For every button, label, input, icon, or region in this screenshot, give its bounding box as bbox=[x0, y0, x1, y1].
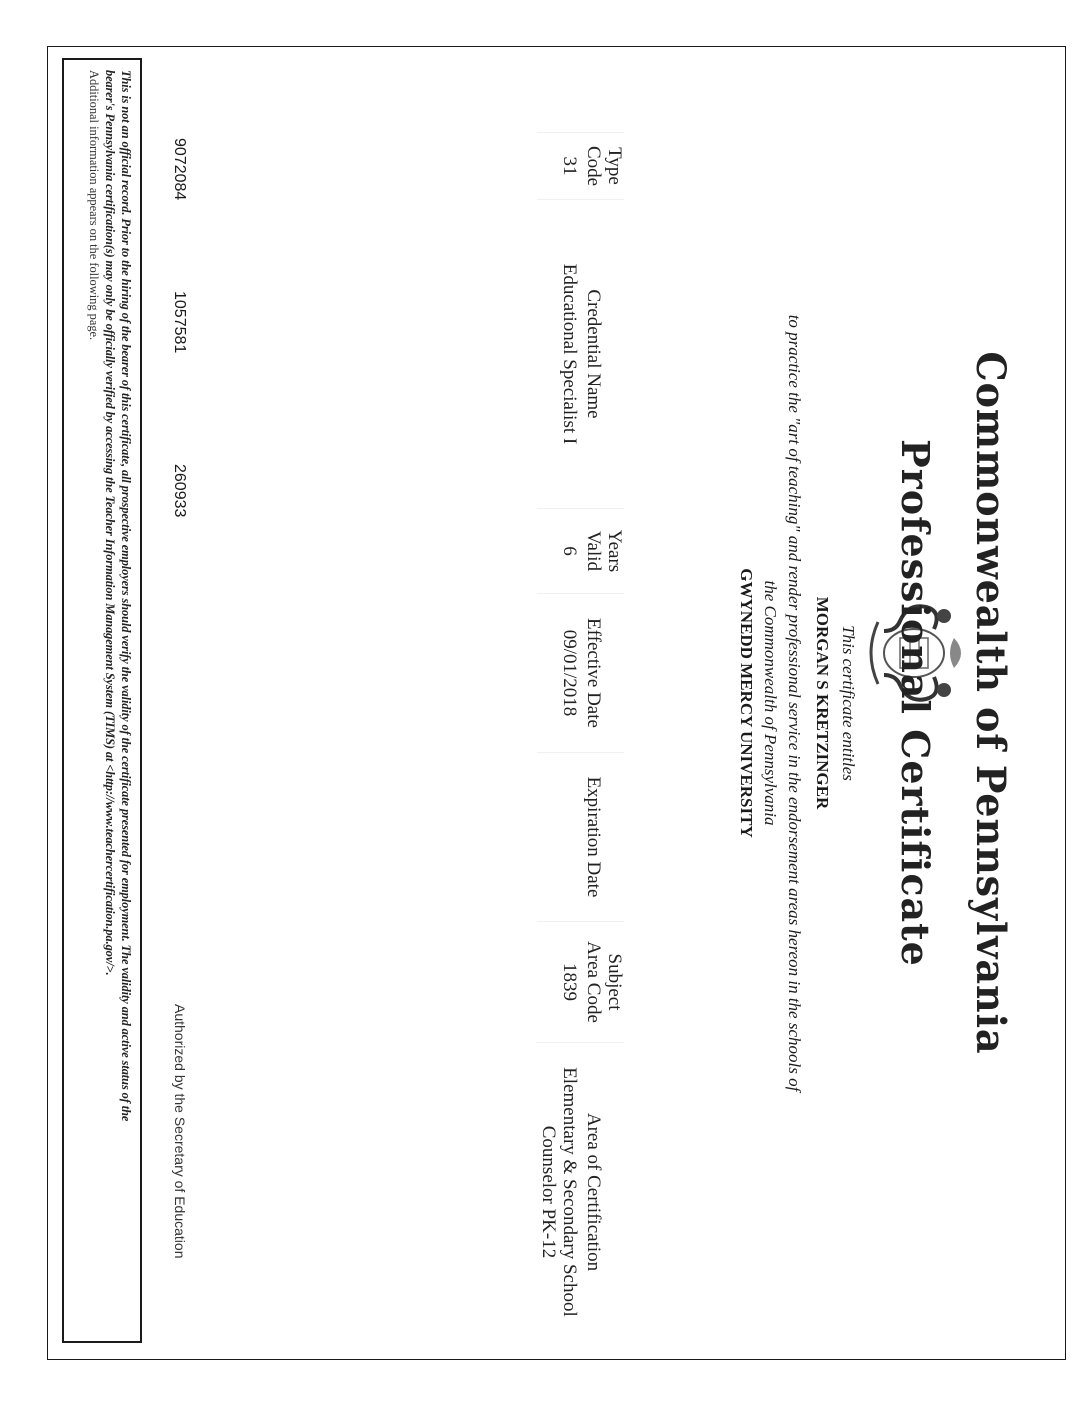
practice-text-line2: the Commonwealth of Pennsylvania bbox=[760, 46, 780, 1360]
entitles-text: This certificate entitles bbox=[838, 46, 858, 1360]
identifier-3: 260933 bbox=[170, 464, 188, 517]
table-row: 31 Educational Specialist I 6 09/01/2018… bbox=[537, 133, 582, 1342]
header-subject-line1: Subject bbox=[603, 926, 624, 1038]
header-subject-area-code: Subject Area Code bbox=[582, 922, 624, 1043]
header-commonwealth: Commonwealth of Pennsylvania bbox=[967, 79, 1014, 1327]
cell-subject-area-code: 1839 bbox=[537, 922, 582, 1043]
practice-text-line1: to practice the "art of teaching" and re… bbox=[784, 46, 804, 1360]
header-expiration-date: Expiration Date bbox=[582, 753, 624, 922]
header-type-code-line2: Code bbox=[582, 137, 603, 195]
notice-line2: bearer's Pennsylvania certification(s) m… bbox=[102, 70, 118, 1331]
cell-years-valid: 6 bbox=[537, 509, 582, 594]
header-professional-certificate: Professional Certificate bbox=[893, 46, 938, 1360]
header-area-of-certification: Area of Certification bbox=[582, 1043, 624, 1342]
disclaimer-notice-box: This is not an official record. Prior to… bbox=[62, 58, 142, 1343]
notice-line1: This is not an official record. Prior to… bbox=[118, 70, 134, 1331]
header-type-code: Type Code bbox=[582, 133, 624, 200]
authorization-text: Authorized by the Secretary of Education bbox=[172, 1004, 188, 1258]
cell-area-of-certification: Elementary & Secondary School Counselor … bbox=[537, 1043, 582, 1342]
cell-effective-date: 09/01/2018 bbox=[537, 594, 582, 753]
identifier-1: 9072084 bbox=[170, 138, 188, 200]
cell-expiration-date bbox=[537, 753, 582, 922]
header-subject-line2: Area Code bbox=[582, 926, 603, 1038]
header-years-valid-line2: Valid bbox=[582, 513, 603, 589]
header-credential-name: Credential Name bbox=[582, 200, 624, 509]
identifier-2: 1057581 bbox=[170, 291, 188, 353]
header-years-valid: Years Valid bbox=[582, 509, 624, 594]
header-effective-date: Effective Date bbox=[582, 594, 624, 753]
notice-line3: Additional information appears on the fo… bbox=[86, 70, 102, 1331]
header-type-code-line1: Type bbox=[603, 137, 624, 195]
cell-credential-name: Educational Specialist I bbox=[537, 200, 582, 509]
certificate-page: Commonwealth of Pennsylvania Professiona… bbox=[47, 46, 1066, 1360]
holder-name: MORGAN S KRETZINGER bbox=[812, 46, 832, 1360]
credentials-table: Type Code Credential Name Years Valid Ef… bbox=[537, 132, 624, 1341]
area-line2: Counselor PK-12 bbox=[537, 1047, 558, 1337]
cell-type-code: 31 bbox=[537, 133, 582, 200]
area-line1: Elementary & Secondary School bbox=[558, 1047, 579, 1337]
institution-name: GWYNEDD MERCY UNIVERSITY bbox=[736, 46, 756, 1360]
table-header-row: Type Code Credential Name Years Valid Ef… bbox=[582, 133, 624, 1342]
header-years-valid-line1: Years bbox=[603, 513, 624, 589]
